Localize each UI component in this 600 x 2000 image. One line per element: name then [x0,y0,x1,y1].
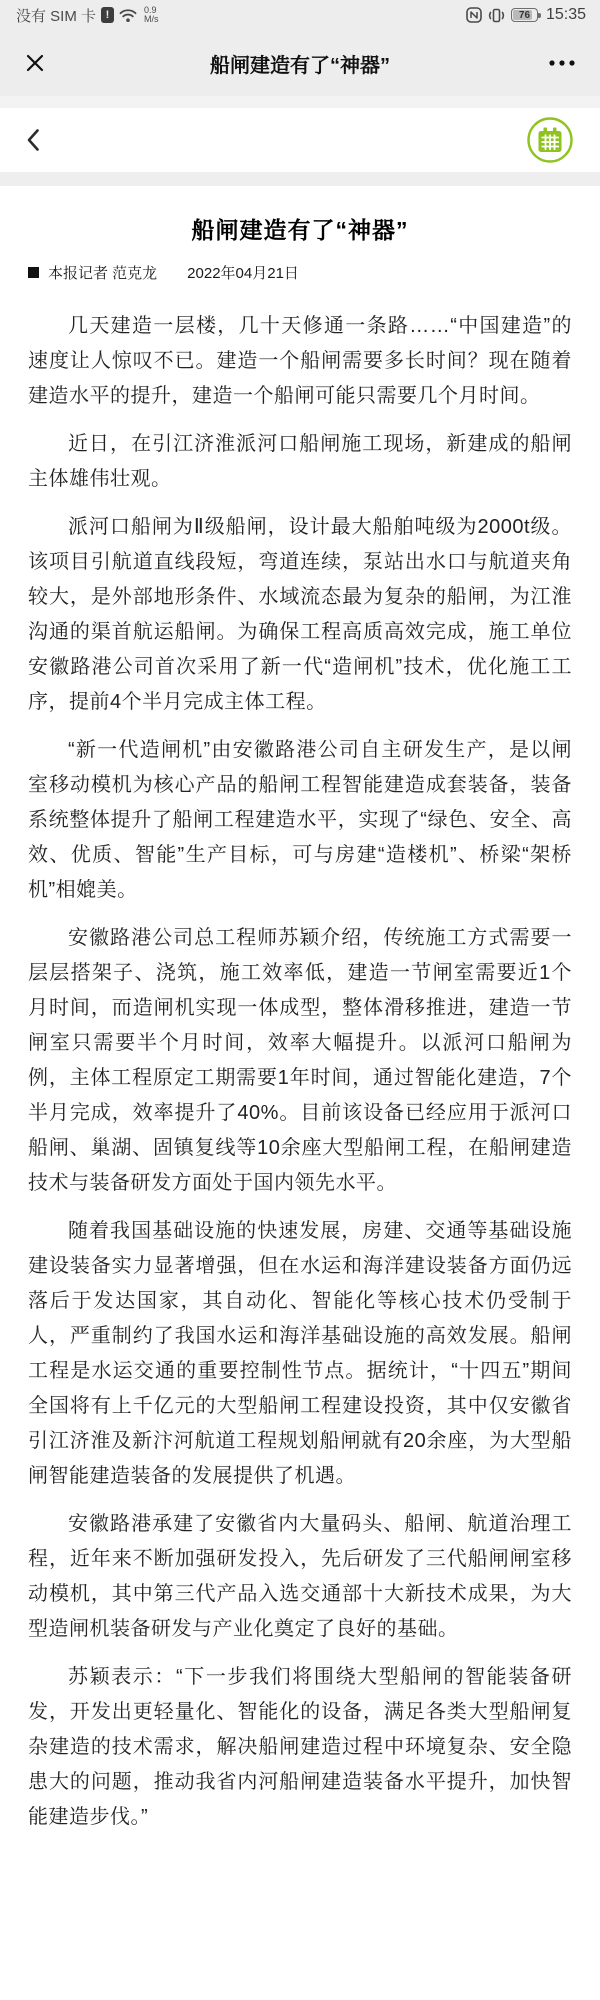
nfc-icon [466,7,482,23]
paragraph: 安徽路港承建了安徽省内大量码头、船闸、航道治理工程，近年来不断加强研发投入，先后… [28,1507,572,1647]
calendar-button[interactable] [526,116,574,164]
paragraph: 近日，在引江济淮派河口船闸施工现场，新建成的船闸主体雄伟壮观。 [28,427,572,497]
wifi-icon [119,8,137,23]
app-toolbar [0,108,600,172]
article-body: 几天建造一层楼，几十天修通一条路……“中国建造”的速度让人惊叹不已。建造一个船闸… [28,309,572,1835]
byline-author: 本报记者 范克龙 [48,262,157,283]
nav-bar: 船闸建造有了“神器” [0,30,600,96]
section-divider [0,172,600,186]
paragraph: 安徽路港公司总工程师苏颖介绍，传统施工方式需要一层层搭架子、浇筑，施工效率低，建… [28,921,572,1201]
byline-square-icon [28,267,39,278]
byline-date: 2022年04月21日 [187,262,299,283]
close-icon [24,52,46,74]
paragraph: 几天建造一层楼，几十天修通一条路……“中国建造”的速度让人惊叹不已。建造一个船闸… [28,309,572,414]
network-speed: 0.9 M/s [144,6,159,24]
page-title: 船闸建造有了“神器” [0,49,600,78]
more-button[interactable] [548,59,576,67]
paragraph: “新一代造闸机”由安徽路港公司自主研发生产，是以闸室移动模机为核心产品的船闸工程… [28,733,572,908]
back-chevron-icon [26,128,40,152]
article-title: 船闸建造有了“神器” [28,212,572,245]
calendar-icon [526,116,574,164]
status-bar-right: 76 15:35 [466,6,586,24]
nav-bar-shadow [0,96,600,108]
back-button[interactable] [26,128,40,152]
article: 船闸建造有了“神器” 本报记者 范克龙 2022年04月21日 几天建造一层楼，… [0,186,600,1875]
paragraph: 派河口船闸为Ⅱ级船闸，设计最大船舶吨级为2000t级。该项目引航道直线段短，弯道… [28,510,572,720]
battery-icon: 76 [511,8,538,22]
no-sim-label: 没有 SIM 卡 [16,5,96,26]
sim-alert-icon: ! [101,7,114,23]
network-speed-unit: M/s [144,15,159,24]
vibrate-icon [487,8,506,23]
clock-label: 15:35 [546,6,586,24]
paragraph: 随着我国基础设施的快速发展，房建、交通等基础设施建设装备实力显著增强，但在水运和… [28,1214,572,1494]
battery-level: 76 [519,10,530,21]
close-button[interactable] [24,52,46,74]
status-bar-left: 没有 SIM 卡 ! 0.9 M/s [16,5,159,26]
paragraph: 苏颖表示：“下一步我们将围绕大型船闸的智能装备研发，开发出更轻量化、智能化的设备… [28,1660,572,1835]
more-icon [548,59,576,67]
status-bar: 没有 SIM 卡 ! 0.9 M/s [0,0,600,30]
byline: 本报记者 范克龙 2022年04月21日 [28,262,572,283]
